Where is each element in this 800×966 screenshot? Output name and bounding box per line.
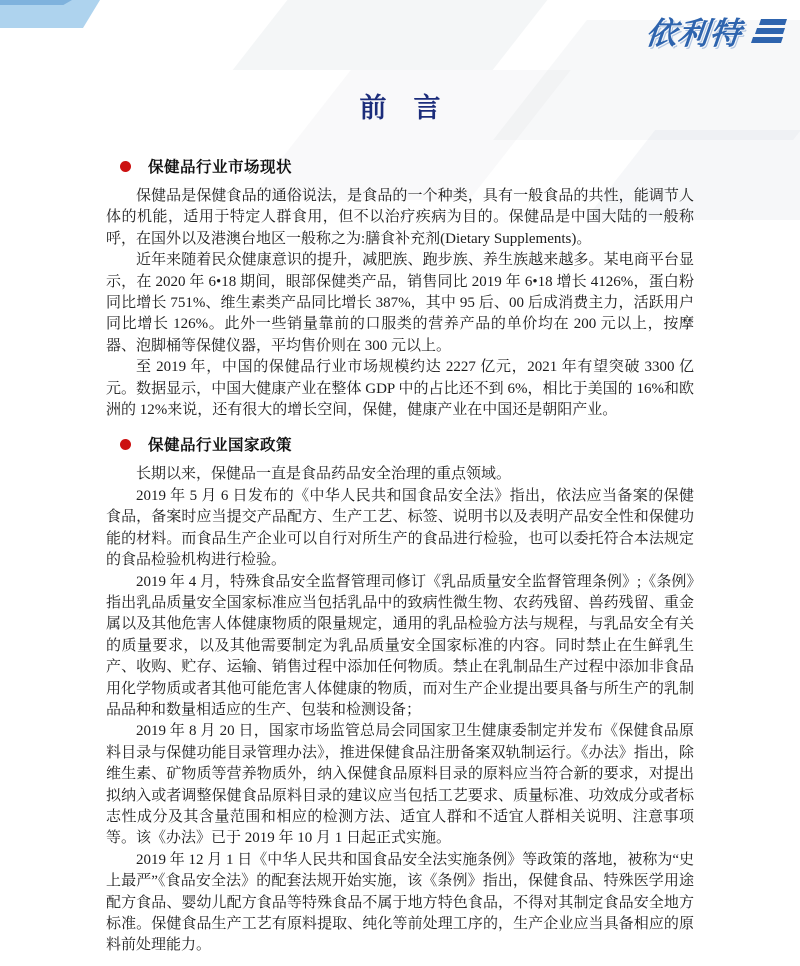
paragraph: 长期以来，保健品一直是食品药品安全治理的重点领域。	[106, 464, 694, 485]
red-bullet-icon	[120, 161, 131, 172]
paragraph: 2019 年 4 月，特殊食品安全监督管理司修订《乳品质量安全监督管理条例》;《…	[106, 572, 694, 722]
page-title: 前 言	[106, 86, 694, 125]
document-page: 依利特 前 言 保健品行业市场现状 保健品是保健食品的通俗说法，是食品的一个种类…	[0, 0, 800, 966]
paragraph: 2019 年 5 月 6 日发布的《中华人民共和国食品安全法》指出，依法应当备案…	[106, 486, 694, 572]
section-market-status: 保健品行业市场现状 保健品是保健食品的通俗说法，是食品的一个种类，具有一般食品的…	[106, 155, 694, 421]
section-heading: 保健品行业市场现状	[148, 155, 292, 177]
document-content: 前 言 保健品行业市场现状 保健品是保健食品的通俗说法，是食品的一个种类，具有一…	[0, 0, 800, 957]
section-national-policy: 保健品行业国家政策 长期以来，保健品一直是食品药品安全治理的重点领域。 2019…	[106, 433, 694, 956]
paragraph: 2019 年 12 月 1 日《中华人民共和国食品安全法实施条例》等政策的落地，…	[106, 850, 694, 957]
section-heading-row: 保健品行业市场现状	[106, 155, 694, 177]
paragraph: 近年来随着民众健康意识的提升，减肥族、跑步族、养生族越来越多。某电商平台显示，在…	[106, 250, 694, 357]
paragraph: 2019 年 8 月 20 日，国家市场监管总局会同国家卫生健康委制定并发布《保…	[106, 721, 694, 849]
paragraph: 至 2019 年，中国的保健品行业市场规模约达 2227 亿元，2021 年有望…	[106, 357, 694, 421]
paragraph: 保健品是保健食品的通俗说法，是食品的一个种类，具有一般食品的共性，能调节人体的机…	[106, 186, 694, 250]
section-heading-row: 保健品行业国家政策	[106, 433, 694, 455]
section-heading: 保健品行业国家政策	[148, 433, 292, 455]
red-bullet-icon	[120, 439, 131, 450]
